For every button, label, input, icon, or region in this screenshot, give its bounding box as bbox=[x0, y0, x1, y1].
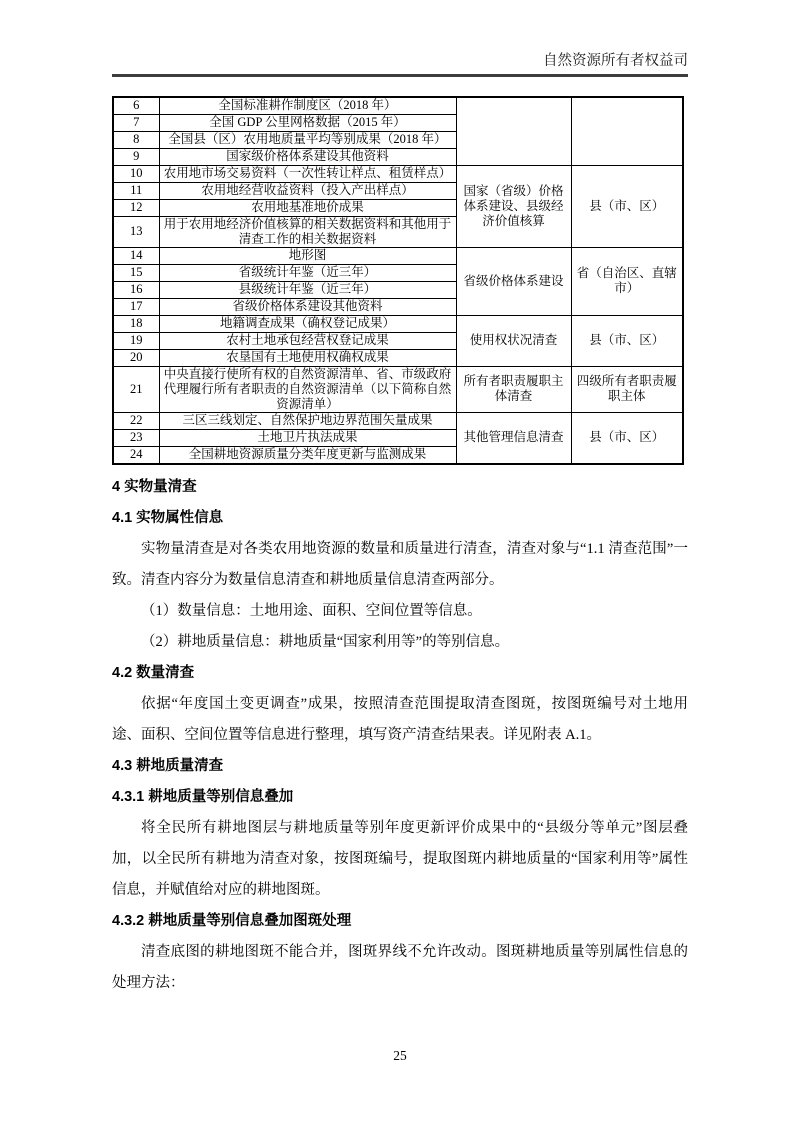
item-cell: 地形图 bbox=[159, 247, 456, 264]
row-number-cell: 22 bbox=[113, 412, 159, 429]
row-number-cell: 17 bbox=[113, 298, 159, 315]
region-cell: 省（自治区、直辖市） bbox=[571, 247, 683, 315]
source-data-table: 6 全国标准耕作制度区（2018 年） 7 全国 GDP 公里网格数据（2015… bbox=[112, 96, 684, 465]
page-header: 自然资源所有者权益司 bbox=[112, 0, 688, 71]
paragraph-4-3-2: 清查底图的耕地图斑不能合并，图斑界线不允许改动。图斑耕地质量等别属性信息的处理方… bbox=[112, 937, 688, 999]
table-row: 10 农用地市场交易资料（一次性转让样点、租赁样点） 国家（省级）价格体系建设、… bbox=[113, 165, 683, 182]
item-cell: 省级统计年鉴（近三年） bbox=[159, 264, 456, 281]
region-cell: 县（市、区） bbox=[571, 315, 683, 366]
table-row: 6 全国标准耕作制度区（2018 年） bbox=[113, 97, 683, 115]
scope-cell bbox=[456, 97, 571, 166]
item-cell: 省级价格体系建设其他资料 bbox=[159, 298, 456, 315]
heading-4: 4 实物量清查 bbox=[112, 472, 688, 503]
item-cell: 土地卫片执法成果 bbox=[159, 429, 456, 446]
item-cell: 三区三线划定、自然保护地边界范围矢量成果 bbox=[159, 412, 456, 429]
table-row: 22 三区三线划定、自然保护地边界范围矢量成果 其他管理信息清查 县（市、区） bbox=[113, 412, 683, 429]
header-divider bbox=[112, 74, 688, 77]
paragraph-4-2: 依据“年度国土变更调查”成果，按照清查范围提取清查图斑，按图斑编号对土地用途、面… bbox=[112, 689, 688, 751]
scope-cell: 使用权状况清查 bbox=[456, 315, 571, 366]
row-number-cell: 24 bbox=[113, 446, 159, 464]
scope-cell: 国家（省级）价格体系建设、县级经济价值核算 bbox=[456, 165, 571, 247]
region-cell: 县（市、区） bbox=[571, 412, 683, 464]
scope-cell: 省级价格体系建设 bbox=[456, 247, 571, 315]
scope-cell: 其他管理信息清查 bbox=[456, 412, 571, 464]
heading-4-2: 4.2 数量清查 bbox=[112, 658, 688, 689]
row-number-cell: 19 bbox=[113, 332, 159, 349]
item-cell: 县级统计年鉴（近三年） bbox=[159, 281, 456, 298]
row-number-cell: 6 bbox=[113, 97, 159, 115]
row-number-cell: 11 bbox=[113, 182, 159, 199]
document-page: 自然资源所有者权益司 6 全国标准耕作制度区（2018 年） 7 全国 GDP … bbox=[0, 0, 800, 1132]
row-number-cell: 15 bbox=[113, 264, 159, 281]
item-cell: 中央直接行使所有权的自然资源清单、省、市级政府代理履行所有者职责的自然资源清单（… bbox=[159, 366, 456, 412]
paragraph-4-1-intro: 实物量清查是对各类农用地资源的数量和质量进行清查，清查对象与“1.1 清查范围”… bbox=[112, 534, 688, 596]
row-number-cell: 14 bbox=[113, 247, 159, 264]
table-row: 14 地形图 省级价格体系建设 省（自治区、直辖市） bbox=[113, 247, 683, 264]
row-number-cell: 16 bbox=[113, 281, 159, 298]
row-number-cell: 20 bbox=[113, 349, 159, 366]
item-cell: 地籍调查成果（确权登记成果） bbox=[159, 315, 456, 332]
paragraph-4-1-item2: （2）耕地质量信息：耕地质量“国家利用等”的等别信息。 bbox=[112, 627, 688, 658]
region-cell: 四级所有者职责履职主体 bbox=[571, 366, 683, 412]
heading-4-1: 4.1 实物属性信息 bbox=[112, 503, 688, 534]
scope-cell: 所有者职责履职主体清查 bbox=[456, 366, 571, 412]
region-cell: 县（市、区） bbox=[571, 165, 683, 247]
body-sections: 4 实物量清查 4.1 实物属性信息 实物量清查是对各类农用地资源的数量和质量进… bbox=[112, 472, 688, 999]
row-number-cell: 10 bbox=[113, 165, 159, 182]
item-cell: 全国耕地资源质量分类年度更新与监测成果 bbox=[159, 446, 456, 464]
department-title: 自然资源所有者权益司 bbox=[543, 53, 688, 69]
row-number-cell: 12 bbox=[113, 199, 159, 216]
row-number-cell: 18 bbox=[113, 315, 159, 332]
row-number-cell: 7 bbox=[113, 114, 159, 131]
item-cell: 全国县（区）农用地质量平均等别成果（2018 年） bbox=[159, 131, 456, 148]
region-cell bbox=[571, 97, 683, 166]
row-number-cell: 21 bbox=[113, 366, 159, 412]
item-cell: 农用地市场交易资料（一次性转让样点、租赁样点） bbox=[159, 165, 456, 182]
heading-4-3-2: 4.3.2 耕地质量等别信息叠加图斑处理 bbox=[112, 906, 688, 937]
item-cell: 全国标准耕作制度区（2018 年） bbox=[159, 97, 456, 115]
item-cell: 农用地经营收益资料（投入产出样点） bbox=[159, 182, 456, 199]
table-row: 21 中央直接行使所有权的自然资源清单、省、市级政府代理履行所有者职责的自然资源… bbox=[113, 366, 683, 412]
paragraph-4-1-item1: （1）数量信息：土地用途、面积、空间位置等信息。 bbox=[112, 596, 688, 627]
item-cell: 农垦国有土地使用权确权成果 bbox=[159, 349, 456, 366]
heading-4-3: 4.3 耕地质量清查 bbox=[112, 751, 688, 782]
table-row: 18 地籍调查成果（确权登记成果） 使用权状况清查 县（市、区） bbox=[113, 315, 683, 332]
page-content: 自然资源所有者权益司 6 全国标准耕作制度区（2018 年） 7 全国 GDP … bbox=[112, 0, 688, 999]
row-number-cell: 8 bbox=[113, 131, 159, 148]
item-cell: 用于农用地经济价值核算的相关数据资料和其他用于清查工作的相关数据资料 bbox=[159, 216, 456, 247]
row-number-cell: 9 bbox=[113, 148, 159, 165]
item-cell: 国家级价格体系建设其他资料 bbox=[159, 148, 456, 165]
item-cell: 农村土地承包经营权登记成果 bbox=[159, 332, 456, 349]
row-number-cell: 13 bbox=[113, 216, 159, 247]
item-cell: 全国 GDP 公里网格数据（2015 年） bbox=[159, 114, 456, 131]
paragraph-4-3-1: 将全民所有耕地图层与耕地质量等别年度更新评价成果中的“县级分等单元”图层叠加，以… bbox=[112, 813, 688, 906]
page-number: 25 bbox=[0, 1048, 800, 1064]
heading-4-3-1: 4.3.1 耕地质量等别信息叠加 bbox=[112, 782, 688, 813]
item-cell: 农用地基准地价成果 bbox=[159, 199, 456, 216]
row-number-cell: 23 bbox=[113, 429, 159, 446]
